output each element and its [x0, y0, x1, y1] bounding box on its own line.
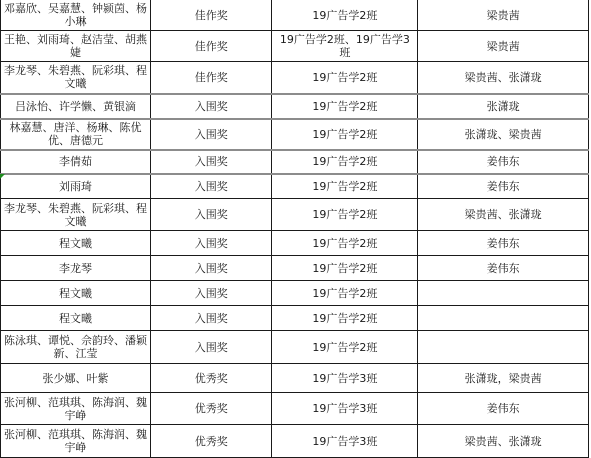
award-text: 佳作奖 — [195, 9, 228, 22]
table-row: 程文曦 入围奖 19广告学2班 — [1, 281, 589, 306]
advisor-text: 姜伟东 — [487, 155, 520, 168]
award-table-body: 邓嘉欣、吴嘉慧、钟颍茵、杨小琳 佳作奖 19广告学2班 梁贵茜 王艳、刘雨琦、赵… — [1, 0, 589, 458]
class-cell[interactable]: 19广告学2班 — [272, 256, 418, 281]
table-row: 程文曦 入围奖 19广告学2班 — [1, 306, 589, 331]
advisor-cell[interactable] — [418, 281, 589, 306]
table-row: 王艳、刘雨琦、赵洁莹、胡燕婕 佳作奖 19广告学2班、19广告学3班 梁贵茜 — [1, 31, 589, 62]
award-text: 入围奖 — [195, 100, 228, 113]
table-row: 李倩茹 入围奖 19广告学2班 姜伟东 — [1, 150, 589, 174]
award-text: 佳作奖 — [195, 40, 228, 53]
members-text: 张河柳、范琪琪、陈海润、魏宇峥 — [3, 428, 148, 454]
award-table: 邓嘉欣、吴嘉慧、钟颍茵、杨小琳 佳作奖 19广告学2班 梁贵茜 王艳、刘雨琦、赵… — [0, 0, 589, 458]
award-cell[interactable]: 入围奖 — [151, 119, 272, 150]
class-text: 19广告学3班 — [312, 372, 377, 385]
table-row: 李龙琴、朱碧燕、阮彩琪、程文曦 佳作奖 19广告学2班 梁贵茜、张潇珑 — [1, 62, 589, 94]
members-cell[interactable]: 邓嘉欣、吴嘉慧、钟颍茵、杨小琳 — [1, 0, 151, 31]
members-text: 李龙琴、朱碧燕、阮彩琪、程文曦 — [3, 202, 148, 228]
members-cell[interactable]: 程文曦 — [1, 306, 151, 331]
award-cell[interactable]: 入围奖 — [151, 231, 272, 256]
members-cell[interactable]: 吕泳怡、许学懒、黄银滴 — [1, 94, 151, 119]
members-cell[interactable]: 张河柳、范琪琪、陈海润、魏宇峥 — [1, 393, 151, 425]
members-text: 张少娜、叶紫 — [43, 372, 109, 385]
class-cell[interactable]: 19广告学2班 — [272, 331, 418, 364]
class-cell[interactable]: 19广告学2班、19广告学3班 — [272, 31, 418, 62]
advisor-cell[interactable]: 张潇珑，梁贵茜 — [418, 364, 589, 393]
advisor-cell[interactable] — [418, 306, 589, 331]
members-cell[interactable]: 李龙琴、朱碧燕、阮彩琪、程文曦 — [1, 62, 151, 94]
advisor-cell[interactable]: 梁贵茜 — [418, 31, 589, 62]
members-cell[interactable]: 王艳、刘雨琦、赵洁莹、胡燕婕 — [1, 31, 151, 62]
class-text: 19广告学2班 — [312, 262, 377, 275]
members-cell[interactable]: 张少娜、叶紫 — [1, 364, 151, 393]
class-text: 19广告学2班 — [312, 237, 377, 250]
members-cell[interactable]: 程文曦 — [1, 281, 151, 306]
award-text: 入围奖 — [195, 287, 228, 300]
class-cell[interactable]: 19广告学3班 — [272, 393, 418, 425]
award-cell[interactable]: 入围奖 — [151, 199, 272, 231]
advisor-text: 姜伟东 — [487, 237, 520, 250]
award-cell[interactable]: 入围奖 — [151, 331, 272, 364]
table-row: 吕泳怡、许学懒、黄银滴 入围奖 19广告学2班 张潇珑 — [1, 94, 589, 119]
award-cell[interactable]: 优秀奖 — [151, 393, 272, 425]
class-text: 19广告学2班 — [312, 100, 377, 113]
advisor-cell[interactable]: 张潇珑 — [418, 94, 589, 119]
table-row: 李龙琴、朱碧燕、阮彩琪、程文曦 入围奖 19广告学2班 梁贵茜、张潇珑 — [1, 199, 589, 231]
table-row: 张少娜、叶紫 优秀奖 19广告学3班 张潇珑，梁贵茜 — [1, 364, 589, 393]
award-cell[interactable]: 入围奖 — [151, 174, 272, 199]
members-text: 邓嘉欣、吴嘉慧、钟颍茵、杨小琳 — [3, 2, 148, 28]
award-cell[interactable]: 入围奖 — [151, 281, 272, 306]
advisor-text: 姜伟东 — [487, 262, 520, 275]
members-cell[interactable]: 张河柳、范琪琪、陈海润、魏宇峥 — [1, 425, 151, 458]
cell-comment-indicator-icon — [0, 174, 5, 179]
award-text: 优秀奖 — [195, 402, 228, 415]
class-cell[interactable]: 19广告学2班 — [272, 231, 418, 256]
members-text: 张河柳、范琪琪、陈海润、魏宇峥 — [3, 396, 148, 422]
advisor-text: 张潇珑、梁贵茜 — [465, 128, 542, 141]
members-text: 陈泳琪、谭悦、佘韵玲、潘颖新、江莹 — [3, 334, 148, 360]
award-text: 入围奖 — [195, 312, 228, 325]
members-cell[interactable]: 林嘉慧、唐洋、杨琳、陈优优、唐德元 — [1, 119, 151, 150]
award-text: 入围奖 — [195, 341, 228, 354]
members-text: 李龙琴、朱碧燕、阮彩琪、程文曦 — [3, 64, 148, 90]
advisor-cell[interactable]: 姜伟东 — [418, 256, 589, 281]
advisor-text: 梁贵茜、张潇珑 — [465, 208, 542, 221]
class-cell[interactable]: 19广告学2班 — [272, 150, 418, 174]
class-text: 19广告学2班 — [312, 9, 377, 22]
advisor-cell[interactable] — [418, 331, 589, 364]
award-text: 优秀奖 — [195, 372, 228, 385]
table-row: 邓嘉欣、吴嘉慧、钟颍茵、杨小琳 佳作奖 19广告学2班 梁贵茜 — [1, 0, 589, 31]
class-text: 19广告学2班 — [312, 287, 377, 300]
table-row: 陈泳琪、谭悦、佘韵玲、潘颖新、江莹 入围奖 19广告学2班 — [1, 331, 589, 364]
advisor-cell[interactable]: 梁贵茜 — [418, 0, 589, 31]
table-row: 张河柳、范琪琪、陈海润、魏宇峥 优秀奖 19广告学3班 梁贵茜、张潇珑 — [1, 425, 589, 458]
table-row: 李龙琴 入围奖 19广告学2班 姜伟东 — [1, 256, 589, 281]
class-cell[interactable]: 19广告学2班 — [272, 94, 418, 119]
advisor-cell[interactable]: 姜伟东 — [418, 231, 589, 256]
award-cell[interactable]: 佳作奖 — [151, 62, 272, 94]
award-text: 佳作奖 — [195, 71, 228, 84]
advisor-text: 姜伟东 — [487, 402, 520, 415]
class-cell[interactable]: 19广告学2班 — [272, 281, 418, 306]
advisor-cell[interactable]: 姜伟东 — [418, 150, 589, 174]
table-row: 刘雨琦 入围奖 19广告学2班 姜伟东 — [1, 174, 589, 199]
class-text: 19广告学3班 — [312, 402, 377, 415]
award-cell[interactable]: 佳作奖 — [151, 31, 272, 62]
class-text: 19广告学2班 — [312, 71, 377, 84]
class-cell[interactable]: 19广告学2班 — [272, 306, 418, 331]
award-text: 入围奖 — [195, 208, 228, 221]
table-row: 张河柳、范琪琪、陈海润、魏宇峥 优秀奖 19广告学3班 姜伟东 — [1, 393, 589, 425]
advisor-text: 梁贵茜、张潇珑 — [465, 71, 542, 84]
members-cell[interactable]: 李倩茹 — [1, 150, 151, 174]
award-text: 入围奖 — [195, 180, 228, 193]
members-cell[interactable]: 李龙琴、朱碧燕、阮彩琪、程文曦 — [1, 199, 151, 231]
advisor-text: 梁贵茜 — [487, 9, 520, 22]
advisor-text: 张潇珑，梁贵茜 — [465, 372, 542, 385]
class-text: 19广告学2班 — [312, 208, 377, 221]
members-cell[interactable]: 刘雨琦 — [1, 174, 151, 199]
class-text: 19广告学2班 — [312, 312, 377, 325]
advisor-cell[interactable]: 梁贵茜、张潇珑 — [418, 199, 589, 231]
award-cell[interactable]: 优秀奖 — [151, 364, 272, 393]
advisor-cell[interactable]: 姜伟东 — [418, 393, 589, 425]
members-cell[interactable]: 李龙琴 — [1, 256, 151, 281]
advisor-cell[interactable]: 姜伟东 — [418, 174, 589, 199]
class-cell[interactable]: 19广告学2班 — [272, 174, 418, 199]
award-text: 入围奖 — [195, 128, 228, 141]
table-row: 程文曦 入围奖 19广告学2班 姜伟东 — [1, 231, 589, 256]
award-cell[interactable]: 入围奖 — [151, 306, 272, 331]
advisor-text: 姜伟东 — [487, 180, 520, 193]
award-cell[interactable]: 入围奖 — [151, 150, 272, 174]
class-text: 19广告学2班 — [312, 341, 377, 354]
class-text: 19广告学2班 — [312, 180, 377, 193]
class-cell[interactable]: 19广告学2班 — [272, 199, 418, 231]
advisor-text: 梁贵茜、张潇珑 — [465, 435, 542, 448]
class-cell[interactable]: 19广告学2班 — [272, 0, 418, 31]
class-text: 19广告学2班、19广告学3班 — [274, 33, 415, 59]
members-text: 李倩茹 — [59, 155, 92, 168]
advisor-cell[interactable]: 梁贵茜、张潇珑 — [418, 62, 589, 94]
members-text: 程文曦 — [59, 287, 92, 300]
advisor-cell[interactable]: 梁贵茜、张潇珑 — [418, 425, 589, 458]
members-text: 林嘉慧、唐洋、杨琳、陈优优、唐德元 — [3, 121, 148, 147]
award-cell[interactable]: 入围奖 — [151, 256, 272, 281]
award-cell[interactable]: 优秀奖 — [151, 425, 272, 458]
award-cell[interactable]: 佳作奖 — [151, 0, 272, 31]
award-text: 优秀奖 — [195, 435, 228, 448]
award-text: 入围奖 — [195, 155, 228, 168]
class-cell[interactable]: 19广告学2班 — [272, 119, 418, 150]
table-row: 林嘉慧、唐洋、杨琳、陈优优、唐德元 入围奖 19广告学2班 张潇珑、梁贵茜 — [1, 119, 589, 150]
class-text: 19广告学2班 — [312, 128, 377, 141]
class-cell[interactable]: 19广告学3班 — [272, 364, 418, 393]
advisor-cell[interactable]: 张潇珑、梁贵茜 — [418, 119, 589, 150]
members-text: 王艳、刘雨琦、赵洁莹、胡燕婕 — [3, 33, 148, 59]
members-text: 程文曦 — [59, 312, 92, 325]
members-cell[interactable]: 陈泳琪、谭悦、佘韵玲、潘颖新、江莹 — [1, 331, 151, 364]
members-text: 程文曦 — [59, 237, 92, 250]
award-text: 入围奖 — [195, 237, 228, 250]
advisor-text: 梁贵茜 — [487, 40, 520, 53]
award-text: 入围奖 — [195, 262, 228, 275]
advisor-text: 张潇珑 — [487, 100, 520, 113]
class-text: 19广告学3班 — [312, 435, 377, 448]
class-cell[interactable]: 19广告学3班 — [272, 425, 418, 458]
members-text: 刘雨琦 — [59, 180, 92, 193]
class-text: 19广告学2班 — [312, 155, 377, 168]
class-cell[interactable]: 19广告学2班 — [272, 62, 418, 94]
members-text: 李龙琴 — [59, 262, 92, 275]
members-cell[interactable]: 程文曦 — [1, 231, 151, 256]
members-text: 吕泳怡、许学懒、黄银滴 — [15, 100, 136, 113]
award-cell[interactable]: 入围奖 — [151, 94, 272, 119]
